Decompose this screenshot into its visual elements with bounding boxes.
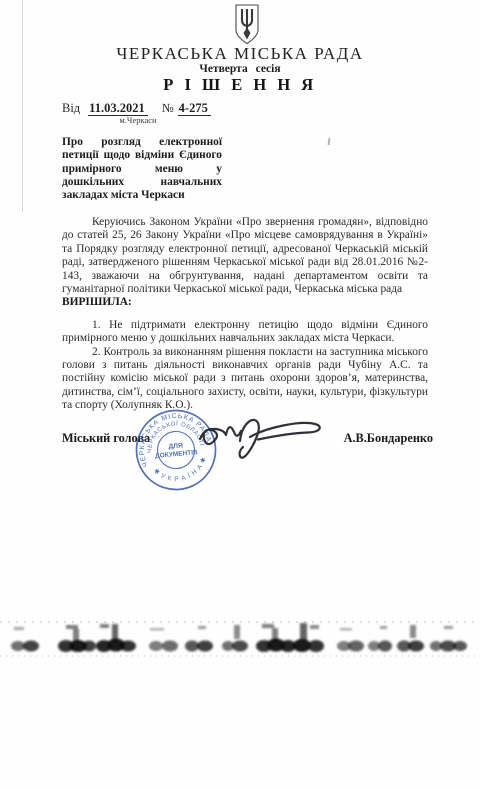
date-label: Від xyxy=(62,101,80,115)
scan-artifact-speck xyxy=(328,138,331,145)
subject-line: примірного меню у xyxy=(62,163,222,176)
signatory-name: А.В.Бондаренко xyxy=(344,431,433,446)
subject-line: дошкільних навчальних xyxy=(62,176,222,189)
ukraine-trident-icon xyxy=(233,4,261,46)
scan-artifact-line xyxy=(22,0,23,212)
date-value: 11.03.2021 xyxy=(88,101,148,116)
resolution-item: 2. Контроль за виконанням рішення поклас… xyxy=(62,346,428,413)
body-text: Керуючись Законом України «Про звернення… xyxy=(62,216,428,413)
org-name: ЧЕРКАСЬКА МІСЬКА РАДА xyxy=(0,44,480,64)
scan-noise-band xyxy=(0,616,480,664)
number-value: 4-275 xyxy=(178,101,211,116)
subject-line: закладах міста Черкаси xyxy=(62,189,222,202)
handwritten-signature xyxy=(180,405,330,470)
session-line: Четверта сесія xyxy=(0,63,480,75)
document-page: ЧЕРКАСЬКА МІСЬКА РАДА Четверта сесія Р І… xyxy=(0,0,480,789)
preamble-paragraph: Керуючись Законом України «Про звернення… xyxy=(62,216,428,296)
date-number-line: Від11.03.2021№4-275 xyxy=(62,101,211,116)
subject-line: Про розгляд електронної xyxy=(62,136,222,149)
city-line: м.Черкаси xyxy=(80,115,196,125)
resolved-heading: ВИРІШИЛА: xyxy=(62,296,428,309)
subject-block: Про розгляд електронної петиції щодо від… xyxy=(62,136,222,202)
subject-line: петиції щодо відміни Єдиного xyxy=(62,149,222,162)
resolution-item: 1. Не підтримати електронну петицію щодо… xyxy=(62,319,428,346)
doc-type-title: Р І Ш Е Н Н Я xyxy=(0,75,480,95)
number-label: № xyxy=(162,101,174,115)
